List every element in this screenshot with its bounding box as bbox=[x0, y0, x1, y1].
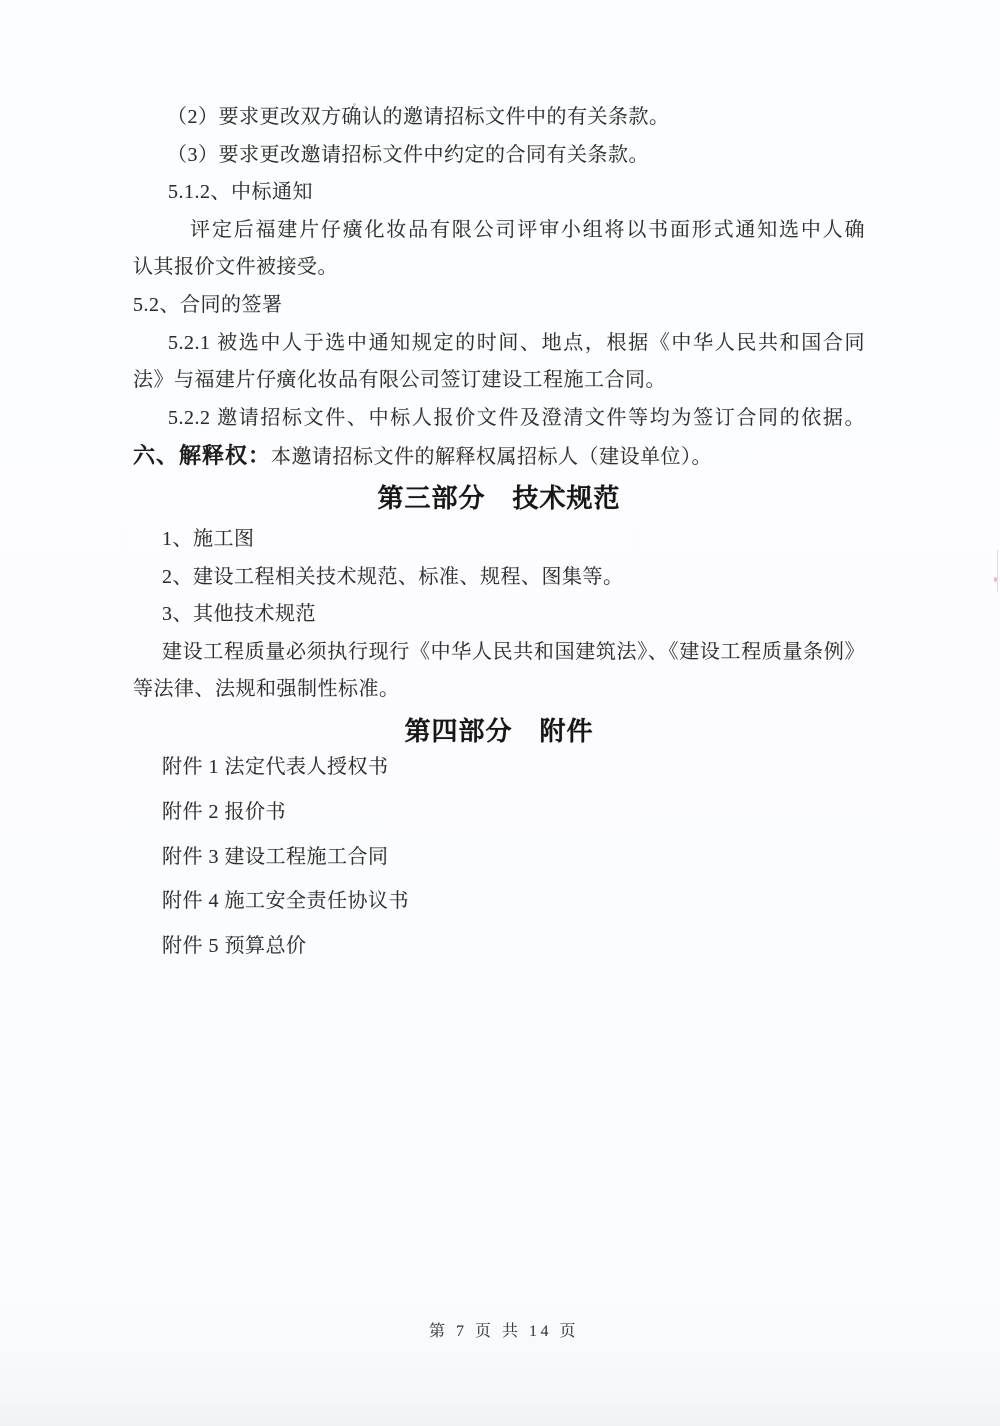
clause-line: 5.2.2 邀请招标文件、中标人报价文件及澄清文件等均为签订合同的依据。 bbox=[133, 400, 865, 438]
interpretation-clause-lead: 六、解释权： bbox=[133, 443, 271, 468]
paragraph-line: 认其报价文件被接受。 bbox=[133, 249, 865, 287]
interpretation-clause: 六、解释权：本邀请招标文件的解释权属招标人（建设单位）。 bbox=[133, 437, 865, 477]
paragraph-line: 法》与福建片仔癀化妆品有限公司签订建设工程施工合同。 bbox=[133, 362, 865, 400]
attachment-item: 附件 5 预算总价 bbox=[133, 924, 865, 969]
paragraph-line: 建设工程质量必须执行现行《中华人民共和国建筑法》、《建设工程质量条例》 bbox=[133, 634, 865, 672]
attachment-item: 附件 4 施工安全责任协议书 bbox=[133, 879, 865, 924]
attachment-item: 附件 2 报价书 bbox=[133, 790, 865, 835]
section-heading-part3: 第三部分 技术规范 bbox=[133, 477, 865, 521]
document-body: （2）要求更改双方确认的邀请招标文件中的有关条款。 （3）要求更改邀请招标文件中… bbox=[133, 99, 865, 969]
paragraph-line: 等法律、法规和强制性标准。 bbox=[133, 671, 865, 709]
scanned-document-page: （2）要求更改双方确认的邀请招标文件中的有关条款。 （3）要求更改邀请招标文件中… bbox=[0, 0, 1000, 1426]
clause-line: 5.2.1 被选中人于选中通知规定的时间、地点，根据《中华人民共和国合同 bbox=[133, 325, 865, 363]
interpretation-clause-text: 本邀请招标文件的解释权属招标人（建设单位）。 bbox=[271, 446, 712, 468]
clause-line: （2）要求更改双方确认的邀请招标文件中的有关条款。 bbox=[133, 99, 865, 137]
list-item: 3、其他技术规范 bbox=[133, 596, 865, 634]
attachment-list: 附件 1 法定代表人授权书 附件 2 报价书 附件 3 建设工程施工合同 附件 … bbox=[133, 745, 865, 969]
list-item: 1、施工图 bbox=[133, 521, 865, 559]
clause-heading-5-1-2: 5.1.2、中标通知 bbox=[133, 174, 865, 212]
attachment-item: 附件 3 建设工程施工合同 bbox=[133, 835, 865, 880]
page-number-footer: 第 7 页 共 14 页 bbox=[8, 1318, 1000, 1341]
scan-speck bbox=[353, 103, 356, 106]
clause-line: （3）要求更改邀请招标文件中约定的合同有关条款。 bbox=[133, 137, 865, 175]
list-item: 2、建设工程相关技术规范、标准、规程、图集等。 bbox=[133, 559, 865, 597]
paragraph-line: 评定后福建片仔癀化妆品有限公司评审小组将以书面形式通知选中人确 bbox=[133, 212, 865, 250]
clause-heading-5-2: 5.2、合同的签署 bbox=[133, 287, 865, 325]
scan-edge-artifact bbox=[997, 550, 998, 592]
